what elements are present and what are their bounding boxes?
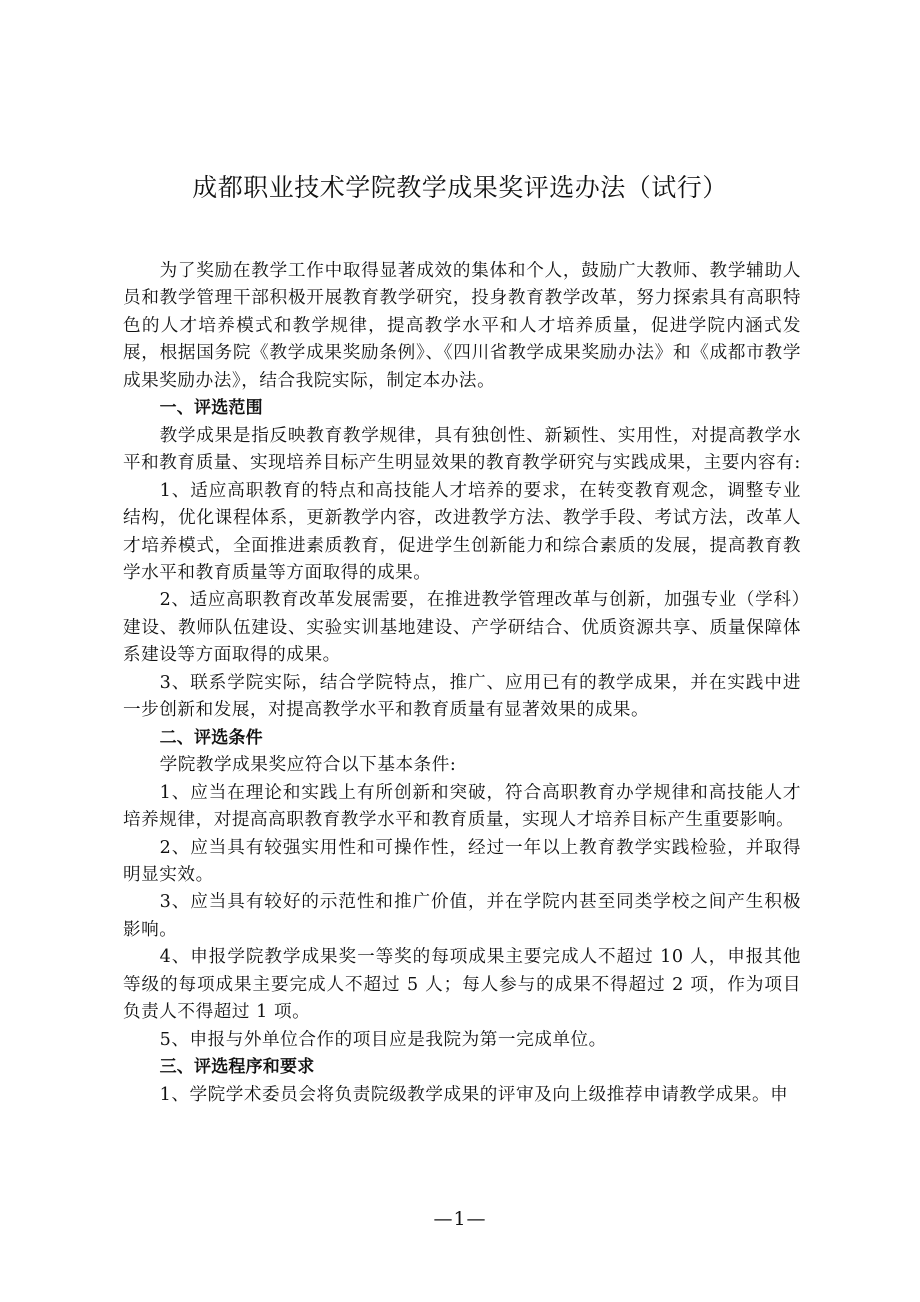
document-page: 成都职业技术学院教学成果奖评选办法（试行） 为了奖励在教学工作中取得显著成效的集… [0,0,920,1302]
paragraph: 3、联系学院实际，结合学院特点，推广、应用已有的教学成果，并在实践中进一步创新和… [123,670,801,725]
paragraph: 学院教学成果奖应符合以下基本条件: [123,752,801,779]
paragraph: 1、学院学术委员会将负责院级教学成果的评审及向上级推荐申请教学成果。申 [123,1082,801,1109]
paragraph: 4、申报学院教学成果奖一等奖的每项成果主要完成人不超过 10 人，申报其他等级的… [123,944,801,1026]
section-heading-scope: 一、评选范围 [123,395,801,422]
intro-paragraph: 为了奖励在教学工作中取得显著成效的集体和个人，鼓励广大教师、教学辅助人员和教学管… [123,258,801,395]
paragraph: 3、应当具有较好的示范性和推广价值，并在学院内甚至同类学校之间产生积极影响。 [123,889,801,944]
paragraph: 5、申报与外单位合作的项目应是我院为第一完成单位。 [123,1027,801,1054]
paragraph: 2、适应高职教育改革发展需要，在推进教学管理改革与创新，加强专业（学科）建设、教… [123,587,801,669]
paragraph: 1、应当在理论和实践上有所创新和突破，符合高职教育办学规律和高技能人才培养规律，… [123,780,801,835]
document-body: 为了奖励在教学工作中取得显著成效的集体和个人，鼓励广大教师、教学辅助人员和教学管… [123,258,801,1109]
page-number: —1— [0,1208,920,1230]
section-heading-procedure: 三、评选程序和要求 [123,1054,801,1081]
paragraph: 教学成果是指反映教育教学规律，具有独创性、新颖性、实用性，对提高教学水平和教育质… [123,423,801,478]
paragraph: 2、应当具有较强实用性和可操作性，经过一年以上教育教学实践检验，并取得明显实效。 [123,835,801,890]
paragraph: 1、适应高职教育的特点和高技能人才培养的要求，在转变教育观念，调整专业结构，优化… [123,478,801,588]
document-title: 成都职业技术学院教学成果奖评选办法（试行） [0,168,920,204]
section-heading-conditions: 二、评选条件 [123,725,801,752]
